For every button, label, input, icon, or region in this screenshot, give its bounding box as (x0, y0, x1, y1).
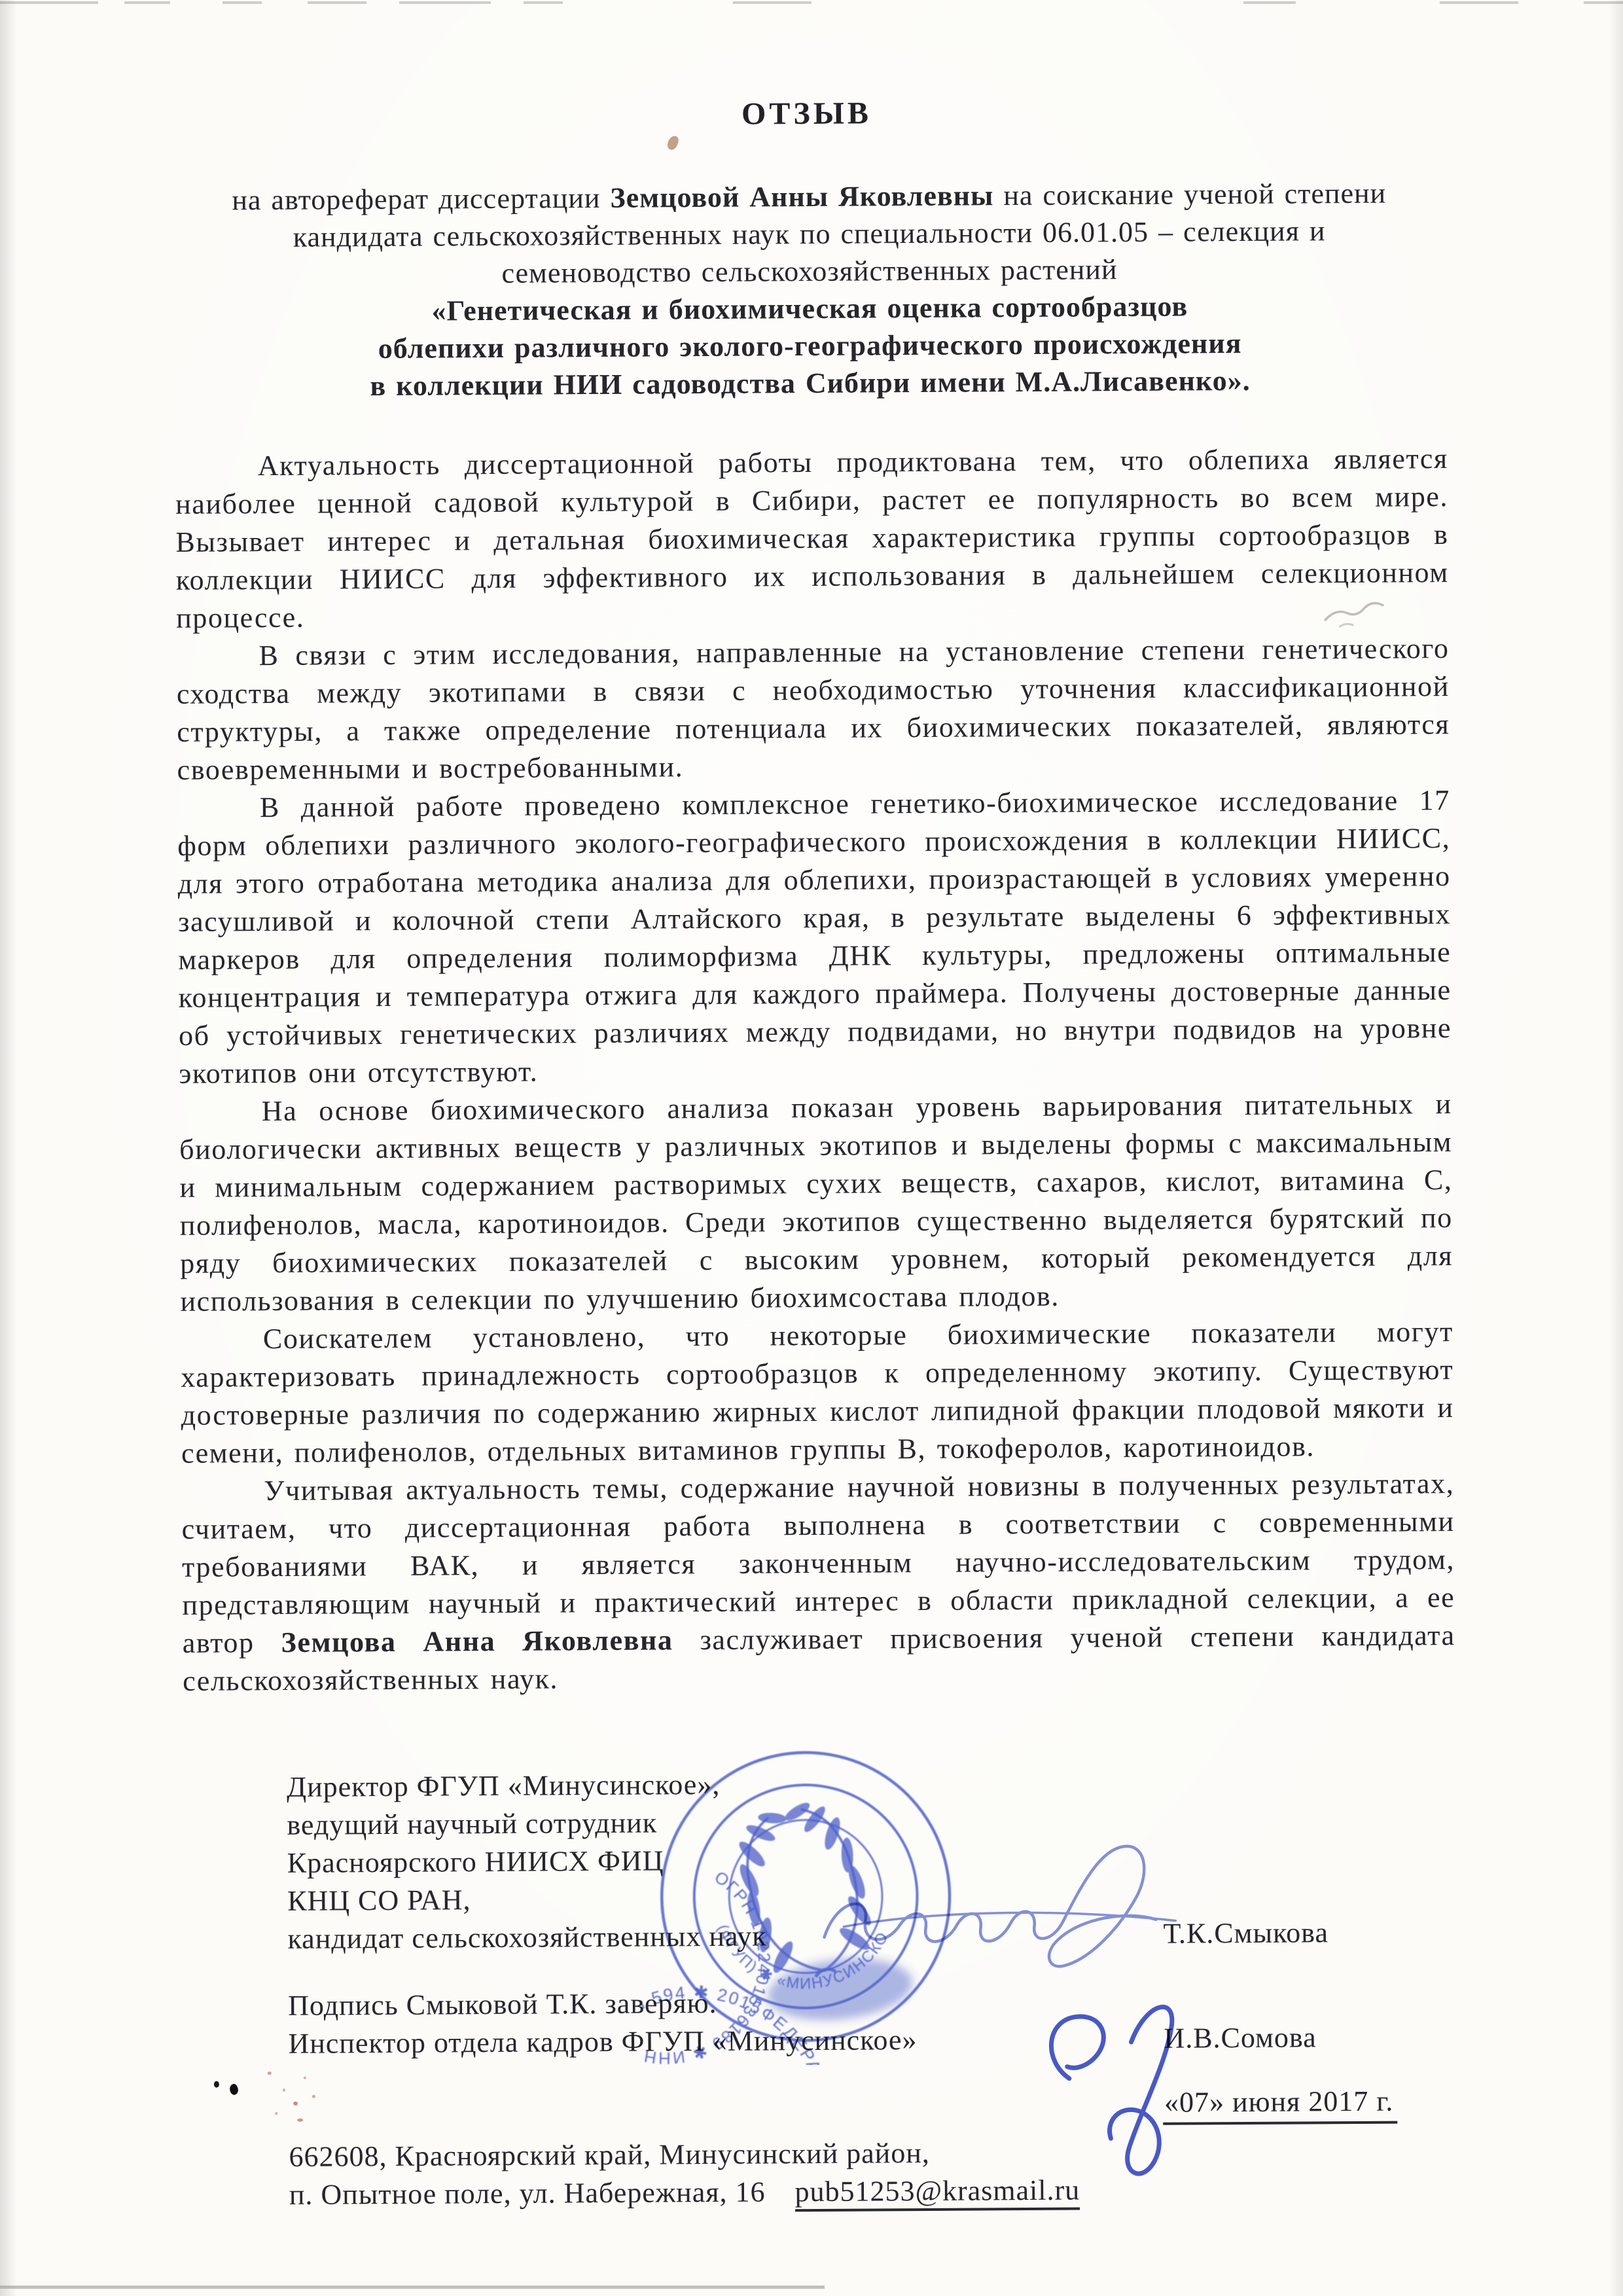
scan-edge-mark (1440, 1, 1518, 4)
red-speck (268, 2072, 272, 2075)
red-speck (283, 2089, 285, 2092)
ink-dot-large (228, 2083, 240, 2096)
scan-bottom-edge (0, 2286, 825, 2289)
scan-right-shadow (1609, 0, 1623, 2296)
header-line1-pre: на автореферат диссертации (232, 182, 610, 217)
organization-address: 662608, Красноярский край, Минусинский р… (289, 2134, 1080, 2214)
author-name-bold: Земцова Анна Яковлевна (281, 1624, 673, 1659)
paragraph-conclusion: Учитывая актуальность темы, содержание н… (181, 1465, 1455, 1700)
page-content: ОТЗЫВ на автореферат диссертации Земцово… (0, 0, 1623, 2296)
document-header: на автореферат диссертации Земцовой Анны… (171, 174, 1448, 406)
signature-smykova (787, 1810, 1207, 1990)
scan-edge-mark (399, 1, 491, 4)
red-speck (297, 2119, 303, 2122)
red-speck (312, 2095, 315, 2098)
paragraph-biochemical-analysis: На основе биохимического анализа показан… (179, 1085, 1454, 1321)
scan-edge-mark (524, 1, 563, 4)
scan-edge-mark (733, 1, 811, 4)
scan-edge-mark (1243, 1, 1296, 4)
document-title: ОТЗЫВ (0, 90, 1618, 137)
red-speck (304, 2077, 306, 2079)
review-body: Актуальность диссертационной работы прод… (175, 440, 1456, 1700)
header-line1-post: на соискание ученой степени (993, 177, 1386, 212)
scan-edge-mark (308, 1, 366, 4)
paragraph-applicant-findings: Соискателем установлено, что некоторые б… (181, 1313, 1454, 1473)
paragraph-research-aim: В связи с этим исследования, направленны… (176, 630, 1450, 789)
red-speck (293, 2102, 298, 2106)
dissertation-topic-line-3: в коллекции НИИ садоводства Сибири имени… (172, 361, 1448, 406)
scanned-review-page: ОТЗЫВ на автореферат диссертации Земцово… (0, 0, 1623, 2296)
signature-somova (1007, 1979, 1204, 2197)
scan-edge-mark (124, 1, 170, 4)
paragraph-relevance: Актуальность диссертационной работы прод… (175, 440, 1450, 637)
header-line-2: кандидата сельскохозяйственных наук по с… (171, 211, 1447, 257)
address-line-2: п. Опытное поле, ул. Набережная, 16pub51… (289, 2172, 1080, 2214)
candidate-name: Земцовой Анны Яковлевны (610, 179, 993, 214)
paper-speck (666, 135, 680, 152)
paragraph-genetic-study: В данной работе проведено комплексное ге… (177, 781, 1452, 1093)
address-street: п. Опытное поле, ул. Набережная, 16 (289, 2176, 766, 2210)
address-line-1: 662608, Красноярский край, Минусинский р… (289, 2134, 1080, 2176)
pencil-squiggle (1320, 598, 1399, 631)
red-speck (275, 2112, 277, 2115)
scan-left-shadow (0, 0, 17, 2296)
scan-edge-mark (223, 1, 262, 4)
ink-dot (214, 2081, 219, 2088)
